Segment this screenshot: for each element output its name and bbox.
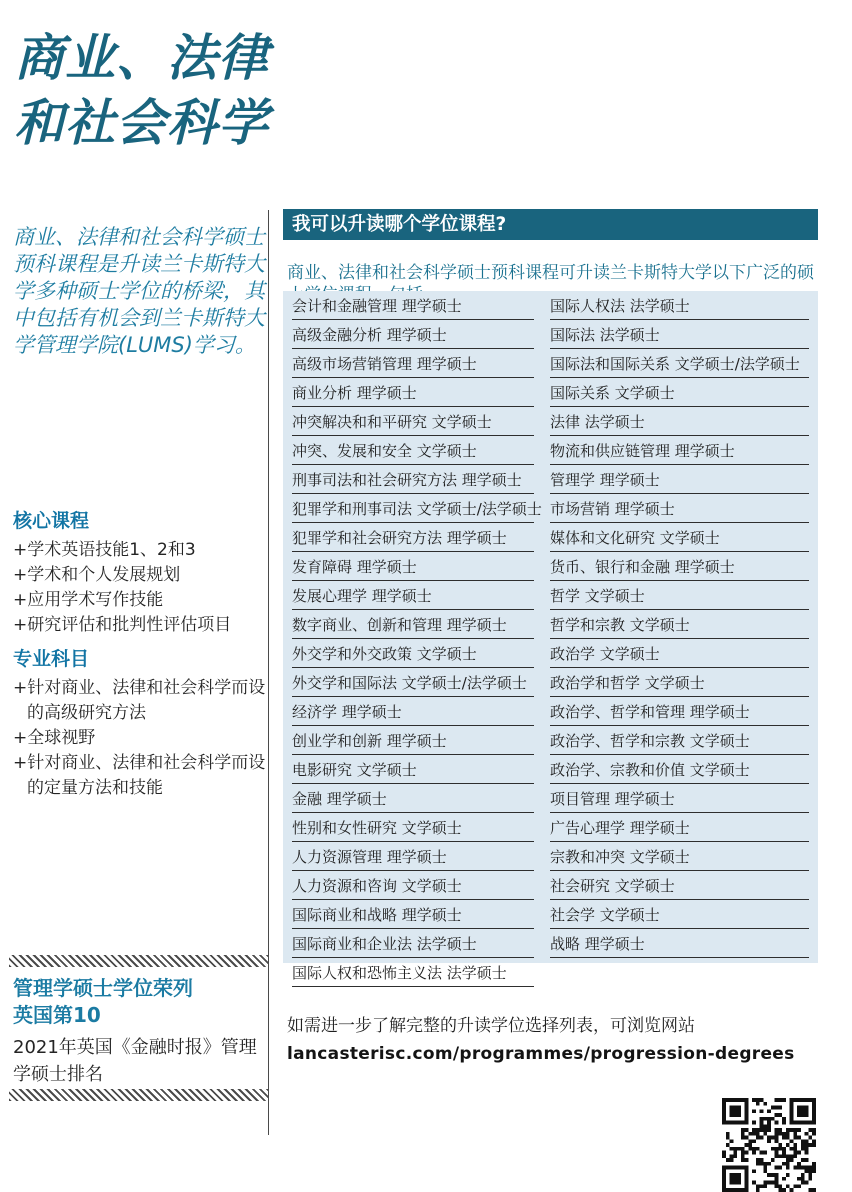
degree-row: 电影研究 文学硕士 (292, 755, 534, 784)
degree-row: 战略 理学硕士 (550, 929, 809, 958)
brochure-page: { "page": { "title_line1": "商业、法律", "tit… (0, 0, 852, 1192)
core-course-item: +研究评估和批判性评估项目 (13, 613, 269, 638)
degree-row: 管理学 理学硕士 (550, 465, 809, 494)
degree-table: 会计和金融管理 理学硕士高级金融分析 理学硕士高级市场营销管理 理学硕士商业分析… (283, 291, 818, 963)
footer-text: 如需进一步了解完整的升读学位选择列表，可浏览网站 (287, 1012, 807, 1040)
degree-row: 创业学和创新 理学硕士 (292, 726, 534, 755)
hatch-stripe-top (9, 955, 268, 967)
degree-row: 政治学、宗教和价值 文学硕士 (550, 755, 809, 784)
degree-row: 冲突、发展和安全 文学硕士 (292, 436, 534, 465)
intro-paragraph: 商业、法律和社会科学硕士预科课程是升读兰卡斯特大学多种硕士学位的桥梁，其中包括有… (13, 224, 265, 359)
qr-code-image (722, 1098, 816, 1192)
ranking-source: 2021年英国《金融时报》管理学硕士排名 (13, 1034, 269, 1088)
degree-row: 高级金融分析 理学硕士 (292, 320, 534, 349)
degree-row: 货币、银行和金融 理学硕士 (550, 552, 809, 581)
degree-row: 经济学 理学硕士 (292, 697, 534, 726)
degree-row: 人力资源和咨询 文学硕士 (292, 871, 534, 900)
degree-row: 哲学和宗教 文学硕士 (550, 610, 809, 639)
specialist-subjects-section: 专业科目 +针对商业、法律和社会科学而设的高级研究方法+全球视野+针对商业、法律… (13, 644, 269, 801)
degree-row: 物流和供应链管理 理学硕士 (550, 436, 809, 465)
qr-code (722, 1098, 816, 1192)
degree-row: 商业分析 理学硕士 (292, 378, 534, 407)
degree-row: 发展心理学 理学硕士 (292, 581, 534, 610)
page-title-line1: 商业、法律 (14, 29, 269, 87)
core-course-item: +学术英语技能1、2和3 (13, 538, 269, 563)
degree-row: 政治学和哲学 文学硕士 (550, 668, 809, 697)
ranking-callout: 管理学硕士学位荣列 英国第10 2021年英国《金融时报》管理学硕士排名 (13, 975, 269, 1088)
specialist-subject-item: +针对商业、法律和社会科学而设的定量方法和技能 (13, 751, 269, 801)
page-title: 商业、法律 和社会科学 (14, 26, 434, 156)
degree-row: 国际人权法 法学硕士 (550, 291, 809, 320)
degree-row: 国际人权和恐怖主义法 法学硕士 (292, 958, 534, 987)
degree-row: 媒体和文化研究 文学硕士 (550, 523, 809, 552)
degree-row: 国际关系 文学硕士 (550, 378, 809, 407)
degree-row: 犯罪学和刑事司法 文学硕士/法学硕士 (292, 494, 534, 523)
footer-note: 如需进一步了解完整的升读学位选择列表，可浏览网站 lancasterisc.co… (287, 1012, 807, 1068)
core-courses-heading: 核心课程 (13, 506, 269, 533)
degree-row: 刑事司法和社会研究方法 理学硕士 (292, 465, 534, 494)
degree-row: 政治学、哲学和管理 理学硕士 (550, 697, 809, 726)
degree-row: 国际商业和战略 理学硕士 (292, 900, 534, 929)
degree-row: 广告心理学 理学硕士 (550, 813, 809, 842)
specialist-subjects-heading: 专业科目 (13, 644, 269, 671)
core-course-item: +应用学术写作技能 (13, 588, 269, 613)
degree-row: 法律 法学硕士 (550, 407, 809, 436)
core-course-item: +学术和个人发展规划 (13, 563, 269, 588)
page-title-line2: 和社会科学 (14, 94, 269, 152)
degree-row: 外交学和国际法 文学硕士/法学硕士 (292, 668, 534, 697)
specialist-subject-item: +全球视野 (13, 726, 269, 751)
ranking-rank: 英国第10 (13, 1002, 269, 1029)
degree-row: 金融 理学硕士 (292, 784, 534, 813)
core-courses-section: 核心课程 +学术英语技能1、2和3+学术和个人发展规划+应用学术写作技能+研究评… (13, 506, 269, 638)
degree-row: 国际法 法学硕士 (550, 320, 809, 349)
degree-row: 社会学 文学硕士 (550, 900, 809, 929)
degree-row: 政治学、哲学和宗教 文学硕士 (550, 726, 809, 755)
degree-row: 外交学和外交政策 文学硕士 (292, 639, 534, 668)
degree-list-right: 国际人权法 法学硕士国际法 法学硕士国际法和国际关系 文学硕士/法学硕士国际关系… (550, 291, 809, 958)
degree-row: 社会研究 文学硕士 (550, 871, 809, 900)
degree-row: 宗教和冲突 文学硕士 (550, 842, 809, 871)
degree-row: 冲突解决和和平研究 文学硕士 (292, 407, 534, 436)
degree-row: 市场营销 理学硕士 (550, 494, 809, 523)
degree-row: 哲学 文学硕士 (550, 581, 809, 610)
degree-row: 人力资源管理 理学硕士 (292, 842, 534, 871)
degree-row: 犯罪学和社会研究方法 理学硕士 (292, 523, 534, 552)
degree-list-left: 会计和金融管理 理学硕士高级金融分析 理学硕士高级市场营销管理 理学硕士商业分析… (292, 291, 534, 987)
degree-row: 项目管理 理学硕士 (550, 784, 809, 813)
degree-row: 发育障碍 理学硕士 (292, 552, 534, 581)
specialist-subjects-list: +针对商业、法律和社会科学而设的高级研究方法+全球视野+针对商业、法律和社会科学… (13, 676, 269, 801)
core-courses-list: +学术英语技能1、2和3+学术和个人发展规划+应用学术写作技能+研究评估和批判性… (13, 538, 269, 638)
degree-row: 性别和女性研究 文学硕士 (292, 813, 534, 842)
section-header-bar: 我可以升读哪个学位课程? (283, 209, 818, 240)
footer-url: lancasterisc.com/programmes/progression-… (287, 1040, 807, 1068)
ranking-title: 管理学硕士学位荣列 (13, 975, 269, 1002)
degree-row: 会计和金融管理 理学硕士 (292, 291, 534, 320)
degree-row: 国际商业和企业法 法学硕士 (292, 929, 534, 958)
degree-row: 国际法和国际关系 文学硕士/法学硕士 (550, 349, 809, 378)
degree-row: 高级市场营销管理 理学硕士 (292, 349, 534, 378)
specialist-subject-item: +针对商业、法律和社会科学而设的高级研究方法 (13, 676, 269, 726)
hatch-stripe-bottom (9, 1089, 268, 1101)
degree-row: 政治学 文学硕士 (550, 639, 809, 668)
degree-row: 数字商业、创新和管理 理学硕士 (292, 610, 534, 639)
